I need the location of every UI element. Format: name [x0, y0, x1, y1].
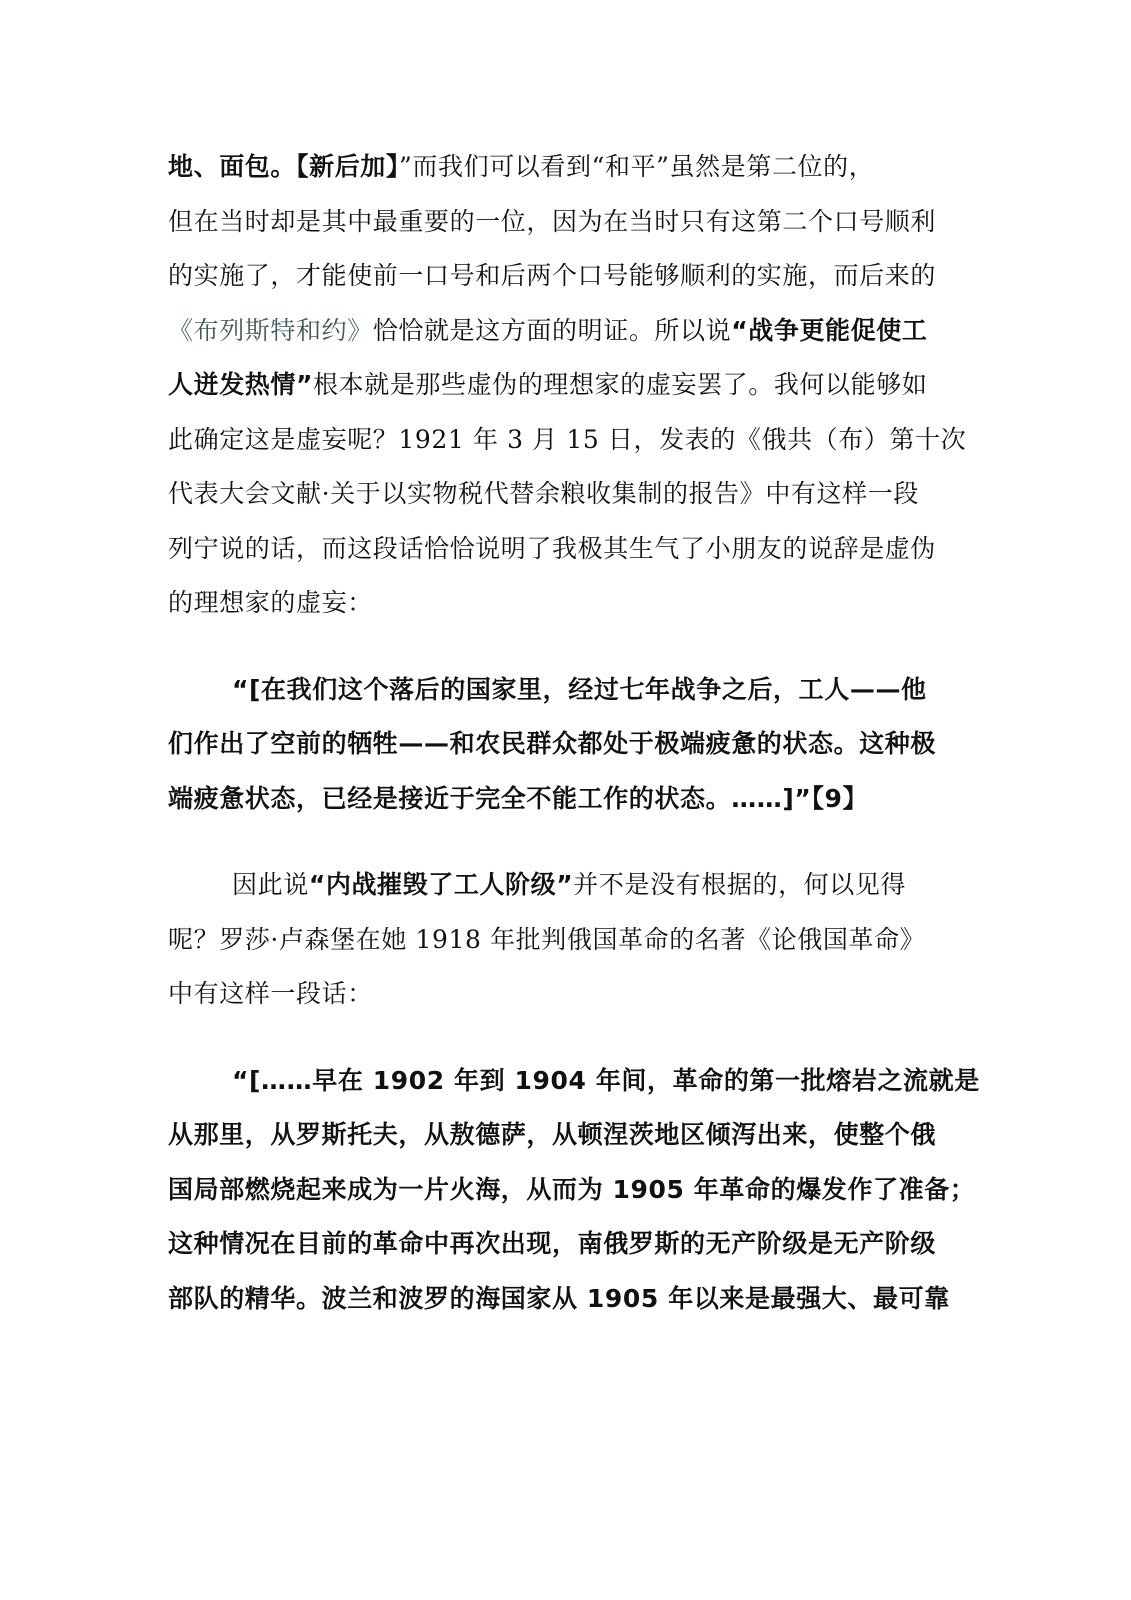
quote-line: 们作出了空前的牺牲——和农民群众都处于极端疲惫的状态。这种极 [168, 717, 940, 772]
text-line: 中有这样一段话： [168, 967, 940, 1022]
bold-text: “战争更能促使工 [731, 316, 927, 345]
document-page: 地、面包。【新后加】”而我们可以看到“和平”虽然是第二位的， 但在当时却是其中最… [168, 140, 940, 1326]
quote-lenin: “[在我们这个落后的国家里，经过七年战争之后，工人——他 们作出了空前的牺牲——… [168, 663, 940, 827]
text-line: 列宁说的话，而这段话恰恰说明了我极其生气了小朋友的说辞是虚伪 [168, 522, 940, 577]
spacer [168, 1022, 940, 1054]
text-line: 的理想家的虚妄： [168, 576, 940, 631]
text-line: 《布列斯特和约》恰恰就是这方面的明证。所以说“战争更能促使工 [168, 304, 940, 359]
paragraph-1: 地、面包。【新后加】”而我们可以看到“和平”虽然是第二位的， 但在当时却是其中最… [168, 140, 940, 631]
text: ”而我们可以看到“和平”虽然是第二位的， [399, 152, 874, 181]
quote-line: “[……早在 1902 年到 1904 年间，革命的第一批熔岩之流就是 [168, 1054, 940, 1109]
paragraph-2: 因此说“内战摧毁了工人阶级”并不是没有根据的，何以见得 呢？罗莎·卢森堡在她 1… [168, 858, 940, 1022]
text-line: 的实施了，才能使前一口号和后两个口号能够顺利的实施，而后来的 [168, 249, 940, 304]
bold-text: 地、面包。【新后加】 [168, 152, 399, 181]
text-line: 因此说“内战摧毁了工人阶级”并不是没有根据的，何以见得 [168, 858, 940, 913]
text-line: 此确定这是虚妄呢？1921 年 3 月 15 日，发表的《俄共（布）第十次 [168, 413, 940, 468]
quote-luxemburg: “[……早在 1902 年到 1904 年间，革命的第一批熔岩之流就是 从那里，… [168, 1054, 940, 1327]
text: 因此说 [232, 870, 309, 899]
text: 并不是没有根据的，何以见得 [573, 870, 906, 899]
treaty-link[interactable]: 《布列斯特和约》 [168, 316, 373, 345]
quote-line: “[在我们这个落后的国家里，经过七年战争之后，工人——他 [168, 663, 940, 718]
quote-line: 端疲惫状态，已经是接近于完全不能工作的状态。……]”【9】 [168, 772, 940, 827]
bold-text: 人迸发热情” [168, 370, 313, 399]
quote-line: 部队的精华。波兰和波罗的海国家从 1905 年以来是最强大、最可靠 [168, 1272, 940, 1327]
quote-line: 国局部燃烧起来成为一片火海，从而为 1905 年革命的爆发作了准备； [168, 1163, 940, 1218]
text-line: 地、面包。【新后加】”而我们可以看到“和平”虽然是第二位的， [168, 140, 940, 195]
bold-text: “内战摧毁了工人阶级” [309, 870, 573, 899]
spacer [168, 631, 940, 663]
text-line: 代表大会文献·关于以实物税代替余粮收集制的报告》中有这样一段 [168, 467, 940, 522]
quote-line: 从那里，从罗斯托夫，从敖德萨，从顿涅茨地区倾泻出来，使整个俄 [168, 1108, 940, 1163]
text-line: 人迸发热情”根本就是那些虚伪的理想家的虚妄罢了。我何以能够如 [168, 358, 940, 413]
quote-line: 这种情况在目前的革命中再次出现，南俄罗斯的无产阶级是无产阶级 [168, 1217, 940, 1272]
spacer [168, 826, 940, 858]
text-line: 但在当时却是其中最重要的一位，因为在当时只有这第二个口号顺利 [168, 195, 940, 250]
text: 根本就是那些虚伪的理想家的虚妄罢了。我何以能够如 [313, 370, 927, 399]
text: 恰恰就是这方面的明证。所以说 [373, 316, 731, 345]
text-line: 呢？罗莎·卢森堡在她 1918 年批判俄国革命的名著《论俄国革命》 [168, 913, 940, 968]
